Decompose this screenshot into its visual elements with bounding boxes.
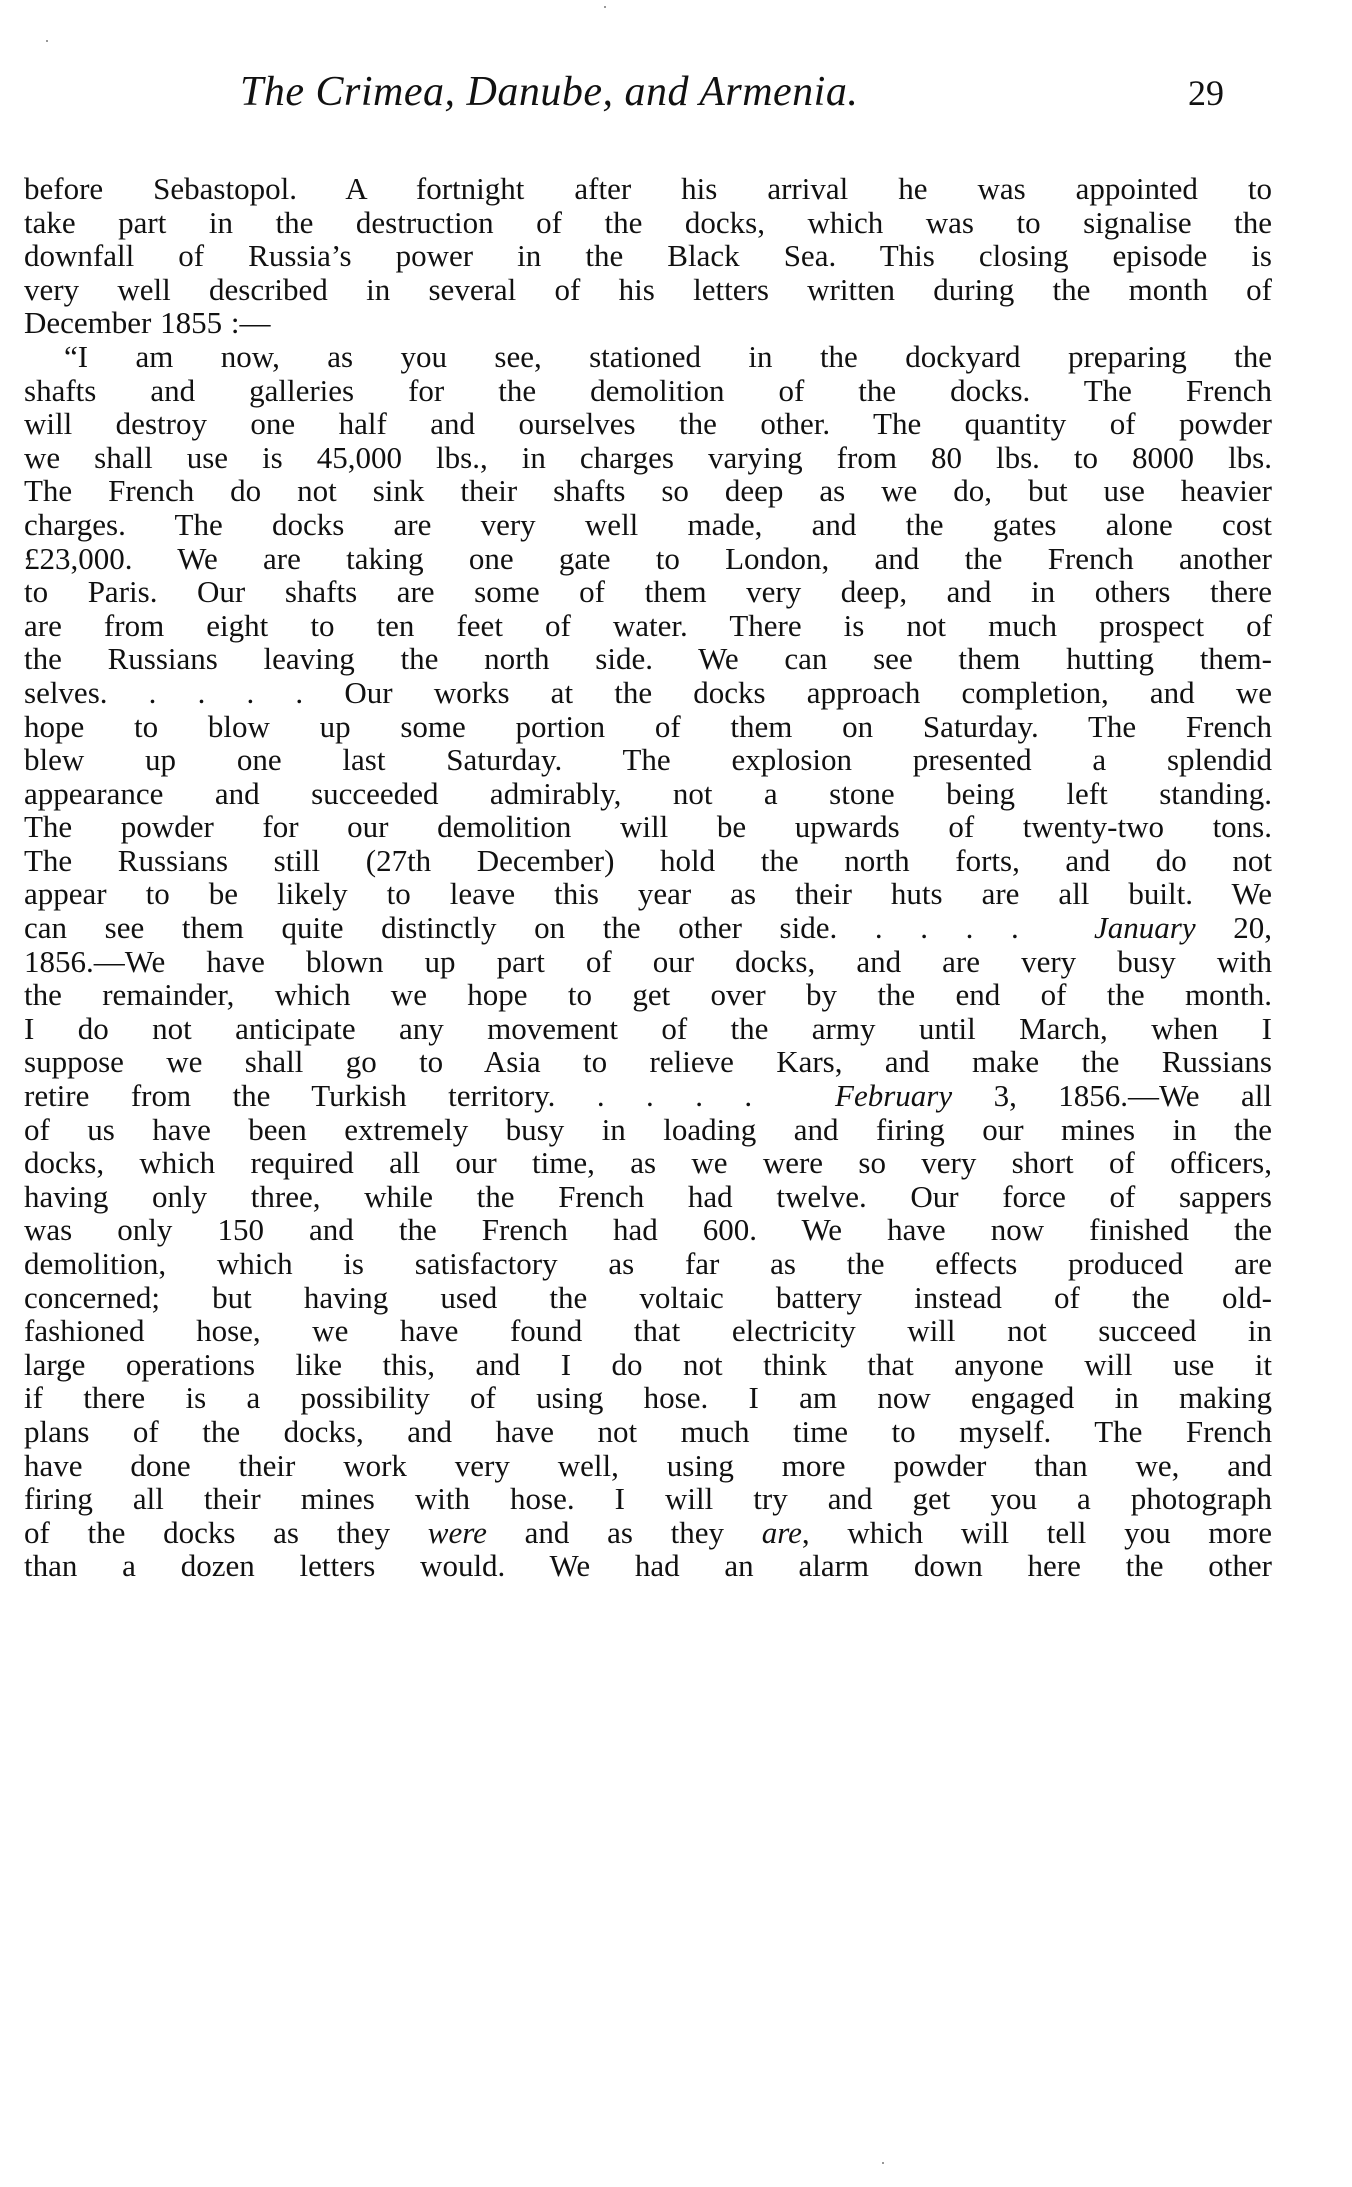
text-line: shafts and galleries for the demolition … xyxy=(24,374,1272,408)
line-text: , which will tell you more xyxy=(802,1515,1272,1550)
line-text: of the docks as they xyxy=(24,1515,390,1550)
scan-speck xyxy=(1262,432,1264,434)
text-line-with-date: can see them quite distinctly on the oth… xyxy=(24,911,1272,945)
date-day: 20, xyxy=(1196,910,1272,945)
text-line: The Russians still (27th December) hold … xyxy=(24,844,1272,878)
text-line: appear to be likely to leave this year a… xyxy=(24,877,1272,911)
text-line: I do not anticipate any movement of the … xyxy=(24,1012,1272,1046)
text-line: than a dozen letters would. We had an al… xyxy=(24,1549,1272,1583)
running-title: The Crimea, Danube, and Armenia. xyxy=(240,68,858,116)
scan-speck xyxy=(882,2162,884,2164)
text-line: will destroy one half and ourselves the … xyxy=(24,407,1272,441)
text-line: downfall of Russia’s power in the Black … xyxy=(24,239,1272,273)
book-page: The Crimea, Danube, and Armenia. 29 befo… xyxy=(0,0,1352,2187)
emphasis-are: are xyxy=(762,1515,802,1550)
text-line: demolition, which is satisfactory as far… xyxy=(24,1247,1272,1281)
text-line: having only three, while the French had … xyxy=(24,1180,1272,1214)
text-line: have done their work very well, using mo… xyxy=(24,1449,1272,1483)
text-line: The French do not sink their shafts so d… xyxy=(24,474,1272,508)
text-line: docks, which required all our time, as w… xyxy=(24,1146,1272,1180)
line-text: can see them quite distinctly on the oth… xyxy=(24,910,1019,945)
text-line: suppose we shall go to Asia to relieve K… xyxy=(24,1045,1272,1079)
text-line: £23,000. We are taking one gate to Londo… xyxy=(24,542,1272,576)
scan-speck xyxy=(46,40,48,42)
text-line: concerned; but having used the voltaic b… xyxy=(24,1281,1272,1315)
running-head: The Crimea, Danube, and Armenia. 29 xyxy=(0,68,1352,128)
date-month-italic: January xyxy=(1094,910,1196,945)
line-text: retire from the Turkish territory. . . .… xyxy=(24,1078,752,1113)
text-line: 1856.—We have blown up part of our docks… xyxy=(24,945,1272,979)
text-line: firing all their mines with hose. I will… xyxy=(24,1482,1272,1516)
body-text: before Sebastopol. A fortnight after his… xyxy=(24,172,1272,1583)
text-line: December 1855 :— xyxy=(24,306,1272,340)
text-line: we shall use is 45,000 lbs., in charges … xyxy=(24,441,1272,475)
text-line: blew up one last Saturday. The explosion… xyxy=(24,743,1272,777)
text-line: of us have been extremely busy in loadin… xyxy=(24,1113,1272,1147)
page-number: 29 xyxy=(1188,72,1224,114)
text-line: very well described in several of his le… xyxy=(24,273,1272,307)
text-line: if there is a possibility of using hose.… xyxy=(24,1381,1272,1415)
scan-speck xyxy=(604,6,606,8)
text-line: large operations like this, and I do not… xyxy=(24,1348,1272,1382)
text-line: hope to blow up some portion of them on … xyxy=(24,710,1272,744)
text-line: plans of the docks, and have not much ti… xyxy=(24,1415,1272,1449)
line-text: and as they xyxy=(487,1515,762,1550)
text-line: the Russians leaving the north side. We … xyxy=(24,642,1272,676)
text-line: charges. The docks are very well made, a… xyxy=(24,508,1272,542)
text-line: fashioned hose, we have found that elect… xyxy=(24,1314,1272,1348)
text-line: The powder for our demolition will be up… xyxy=(24,810,1272,844)
text-line: are from eight to ten feet of water. The… xyxy=(24,609,1272,643)
date-tail: 3, 1856.—We all xyxy=(952,1078,1272,1113)
text-line-with-date: retire from the Turkish territory. . . .… xyxy=(24,1079,1272,1113)
letter-opening-line: “I am now, as you see, stationed in the … xyxy=(24,340,1272,374)
text-line: was only 150 and the French had 600. We … xyxy=(24,1213,1272,1247)
text-line: appearance and succeeded admirably, not … xyxy=(24,777,1272,811)
text-line: take part in the destruction of the dock… xyxy=(24,206,1272,240)
date-month-italic: February xyxy=(835,1078,952,1113)
text-line: before Sebastopol. A fortnight after his… xyxy=(24,172,1272,206)
emphasis-were: were xyxy=(428,1515,487,1550)
text-line-with-emphasis: of the docks as they were and as they ar… xyxy=(24,1516,1272,1550)
text-line: selves. . . . . Our works at the docks a… xyxy=(24,676,1272,710)
text-line: to Paris. Our shafts are some of them ve… xyxy=(24,575,1272,609)
text-line: the remainder, which we hope to get over… xyxy=(24,978,1272,1012)
